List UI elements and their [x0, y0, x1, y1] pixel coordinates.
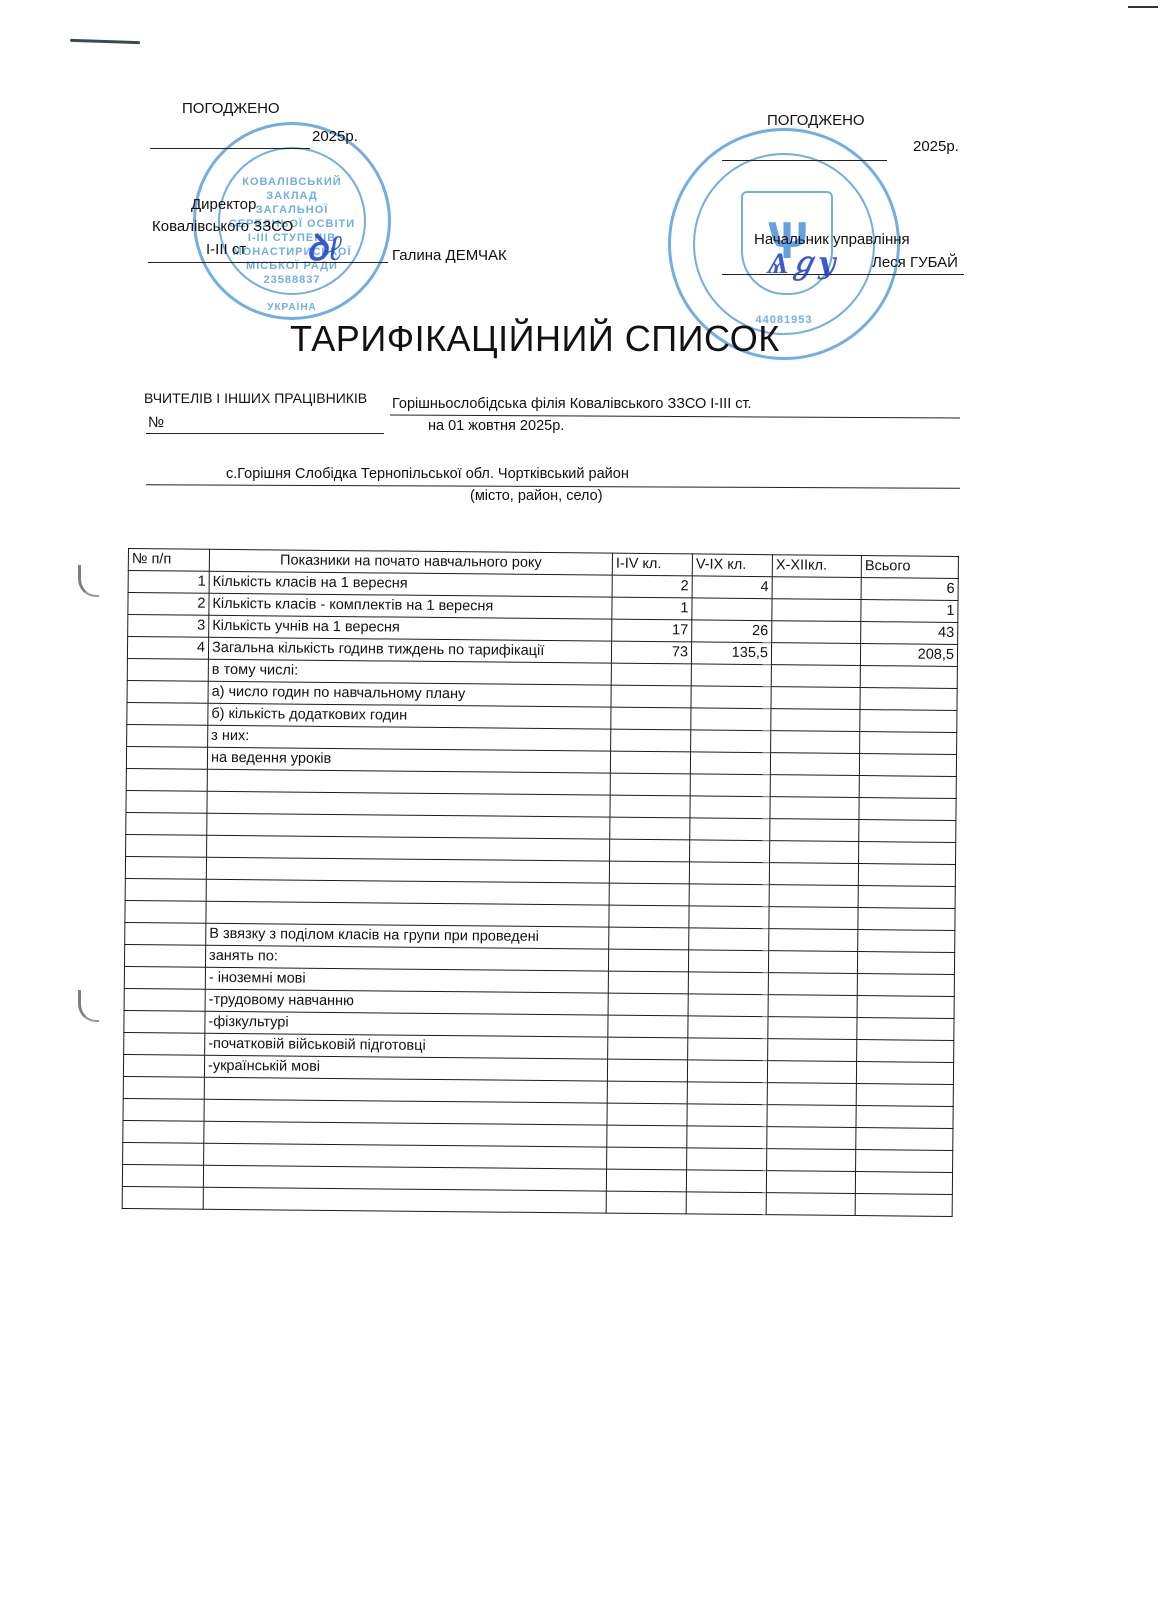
value-cell	[687, 1060, 767, 1083]
value-cell: 1	[612, 597, 692, 620]
value-cell	[608, 949, 688, 972]
signature-right: Ѧℊy	[768, 238, 836, 282]
value-cell	[608, 1037, 688, 1060]
row-number: 4	[127, 637, 208, 660]
value-cell	[856, 1150, 953, 1173]
value-cell	[857, 1018, 954, 1041]
value-cell	[766, 1171, 855, 1194]
value-cell	[769, 907, 858, 930]
value-cell	[690, 818, 770, 841]
value-cell	[859, 754, 956, 777]
value-cell	[858, 886, 955, 909]
value-cell	[770, 797, 859, 820]
value-cell	[609, 905, 689, 928]
value-cell	[767, 1061, 856, 1084]
value-cell	[856, 1062, 953, 1085]
value-cell	[689, 928, 769, 951]
row-number	[123, 1054, 204, 1077]
row-number	[123, 1142, 204, 1165]
date-line-left	[150, 148, 310, 149]
value-cell	[860, 666, 957, 689]
indicator-label: Загальна кількість годинв тиждень по тар…	[208, 637, 611, 663]
row-number: 2	[128, 593, 209, 616]
indicator-label: - іноземні мові	[205, 967, 608, 993]
value-cell	[607, 1081, 687, 1104]
value-cell	[608, 1015, 688, 1038]
tariff-table: № п/пПоказники на почато навчального рок…	[122, 548, 959, 1217]
row-number	[126, 812, 207, 835]
value-cell	[858, 930, 955, 953]
row-number	[127, 724, 208, 747]
value-cell	[608, 971, 688, 994]
value-cell	[688, 1016, 768, 1039]
row-number	[126, 768, 207, 791]
value-cell	[856, 1106, 953, 1129]
indicator-label: в тому числі:	[208, 659, 611, 685]
row-number	[126, 746, 207, 769]
indicator-label: -фізкультурі	[205, 1011, 608, 1037]
scan-mark	[1128, 6, 1158, 8]
value-cell	[856, 1128, 953, 1151]
number-line	[146, 433, 384, 434]
indicator-label: В звязку з поділом класів на групи при п…	[206, 923, 609, 949]
document-title: ТАРИФІКАЦІЙНИЙ СПИСОК	[290, 318, 780, 360]
value-cell	[688, 972, 768, 995]
value-cell	[610, 795, 690, 818]
value-cell: 2	[612, 575, 692, 598]
value-cell	[772, 621, 861, 644]
column-header: І-ІV кл.	[612, 553, 692, 576]
column-header: V-ІХ кл.	[692, 554, 772, 577]
value-cell	[767, 1083, 856, 1106]
value-cell: 208,5	[860, 644, 957, 667]
value-cell	[860, 688, 957, 711]
row-number	[125, 900, 206, 923]
director-school: Ковалівського ЗЗСО	[152, 218, 293, 235]
value-cell	[692, 598, 772, 621]
signature-line-left	[148, 262, 388, 263]
indicator-label: занять по:	[205, 945, 608, 971]
value-cell	[855, 1194, 952, 1217]
institution-name: Горішньослобідська філія Ковалівського З…	[392, 396, 752, 412]
tariff-date: на 01 жовтня 2025р.	[428, 418, 564, 434]
value-cell: 26	[692, 620, 772, 643]
value-cell	[686, 1192, 766, 1215]
value-cell	[686, 1170, 766, 1193]
value-cell	[688, 950, 768, 973]
value-cell	[771, 665, 860, 688]
row-number	[127, 702, 208, 725]
value-cell	[772, 577, 861, 600]
value-cell: 135,5	[691, 642, 771, 665]
value-cell	[687, 1082, 767, 1105]
row-number	[123, 1120, 204, 1143]
value-cell	[857, 952, 954, 975]
row-number	[124, 1032, 205, 1055]
row-number	[127, 658, 208, 681]
row-number	[123, 1076, 204, 1099]
value-cell	[768, 1017, 857, 1040]
value-cell	[687, 1104, 767, 1127]
row-number	[122, 1164, 203, 1187]
column-header: Х-ХІІкл.	[772, 555, 861, 578]
value-cell	[769, 863, 858, 886]
value-cell	[691, 664, 771, 687]
value-cell	[768, 973, 857, 996]
value-cell	[610, 751, 690, 774]
value-cell	[768, 951, 857, 974]
value-cell	[770, 819, 859, 842]
row-number	[126, 834, 207, 857]
location-caption: (місто, район, село)	[470, 488, 603, 504]
indicator-label	[203, 1187, 606, 1213]
scan-mark	[70, 39, 140, 44]
value-cell	[611, 729, 691, 752]
indicator-label: на ведення уроків	[207, 747, 610, 773]
value-cell	[610, 839, 690, 862]
signature-left: ꝺℓ	[306, 222, 343, 271]
value-cell	[857, 1040, 954, 1063]
value-cell	[607, 1147, 687, 1170]
value-cell	[608, 993, 688, 1016]
indicator-label: Кількість учнів на 1 вересня	[209, 615, 612, 641]
value-cell: 17	[612, 619, 692, 642]
value-cell	[610, 817, 690, 840]
value-cell	[859, 842, 956, 865]
approval-date-right: 2025р.	[913, 138, 959, 155]
value-cell	[766, 1193, 855, 1216]
approval-heading-left: ПОГОДЖЕНО	[182, 100, 280, 117]
row-number	[122, 1186, 203, 1209]
value-cell	[690, 840, 770, 863]
value-cell	[688, 994, 768, 1017]
indicator-label: -українській мові	[204, 1055, 607, 1081]
row-number	[127, 680, 208, 703]
column-header: Всього	[861, 556, 958, 579]
value-cell: 6	[861, 578, 958, 601]
value-cell	[689, 906, 769, 929]
value-cell	[690, 752, 770, 775]
head-name: Леся ГУБАЙ	[872, 254, 958, 271]
approval-date-left: 2025р.	[312, 128, 358, 145]
value-cell	[770, 775, 859, 798]
value-cell	[855, 1172, 952, 1195]
value-cell	[607, 1103, 687, 1126]
indicator-label: -початковій військовій підготовці	[205, 1033, 608, 1059]
value-cell	[859, 820, 956, 843]
value-cell	[858, 908, 955, 931]
value-cell	[768, 1039, 857, 1062]
row-number	[125, 878, 206, 901]
value-cell	[607, 1059, 687, 1082]
indicator-label: б) кількість додаткових годин	[208, 703, 611, 729]
row-number: 3	[128, 615, 209, 638]
value-cell	[606, 1191, 686, 1214]
value-cell	[767, 1105, 856, 1128]
value-cell	[688, 1038, 768, 1061]
value-cell: 4	[692, 576, 772, 599]
value-cell	[767, 1127, 856, 1150]
value-cell	[859, 776, 956, 799]
value-cell	[689, 862, 769, 885]
director-position: Директор	[191, 196, 256, 213]
value-cell	[691, 708, 771, 731]
stamp-code: 23588837	[196, 273, 388, 287]
row-number	[125, 856, 206, 879]
date-line-right	[722, 160, 887, 161]
value-cell	[687, 1148, 767, 1171]
number-label: №	[148, 414, 164, 431]
indicator-label: а) число годин по навчальному плану	[208, 681, 611, 707]
value-cell	[858, 864, 955, 887]
signature-line-right	[722, 274, 964, 275]
row-number	[124, 988, 205, 1011]
indicator-label: Кількість класів - комплектів на 1 верес…	[209, 593, 612, 619]
value-cell	[770, 753, 859, 776]
location: с.Горішня Слобідка Тернопільської обл. Ч…	[226, 466, 629, 482]
value-cell: 1	[861, 600, 958, 623]
value-cell	[607, 1125, 687, 1148]
value-cell	[769, 885, 858, 908]
value-cell	[687, 1126, 767, 1149]
approval-heading-right: ПОГОДЖЕНО	[767, 112, 865, 129]
value-cell: 73	[611, 641, 691, 664]
value-cell	[857, 996, 954, 1019]
value-cell	[767, 1149, 856, 1172]
value-cell	[771, 687, 860, 710]
staff-label: ВЧИТЕЛІВ І ІНШИХ ПРАЦІВНИКІВ	[144, 390, 367, 406]
value-cell	[609, 883, 689, 906]
value-cell	[690, 774, 770, 797]
value-cell: 43	[861, 622, 958, 645]
row-number	[124, 966, 205, 989]
value-cell	[856, 1084, 953, 1107]
value-cell	[770, 841, 859, 864]
value-cell	[772, 599, 861, 622]
value-cell	[860, 732, 957, 755]
value-cell	[606, 1169, 686, 1192]
value-cell	[768, 995, 857, 1018]
value-cell	[859, 798, 956, 821]
value-cell	[609, 861, 689, 884]
row-number: 1	[128, 571, 209, 594]
indicator-label: Кількість класів на 1 вересня	[209, 571, 612, 597]
value-cell	[611, 685, 691, 708]
value-cell	[609, 927, 689, 950]
director-name: Галина ДЕМЧАК	[392, 247, 507, 264]
value-cell	[771, 709, 860, 732]
row-number	[126, 790, 207, 813]
value-cell	[691, 686, 771, 709]
stamp-country: УКРАЇНА	[196, 301, 388, 315]
value-cell	[769, 929, 858, 952]
value-cell	[771, 731, 860, 754]
indicator-label: -трудовому навчанню	[205, 989, 608, 1015]
row-number	[123, 1098, 204, 1121]
value-cell	[610, 773, 690, 796]
binder-hole-mark	[78, 565, 99, 597]
value-cell	[611, 663, 691, 686]
value-cell	[860, 710, 957, 733]
director-school-grade: І-ІІІ ст	[206, 241, 246, 258]
value-cell	[689, 884, 769, 907]
value-cell	[857, 974, 954, 997]
value-cell	[611, 707, 691, 730]
value-cell	[771, 643, 860, 666]
row-number	[124, 1010, 205, 1033]
value-cell	[690, 796, 770, 819]
row-number	[125, 922, 206, 945]
column-header: № п/п	[128, 549, 209, 572]
binder-hole-mark	[78, 990, 99, 1022]
value-cell	[691, 730, 771, 753]
row-number	[124, 944, 205, 967]
stamp-line: КОВАЛІВСЬКИЙ	[196, 175, 388, 189]
